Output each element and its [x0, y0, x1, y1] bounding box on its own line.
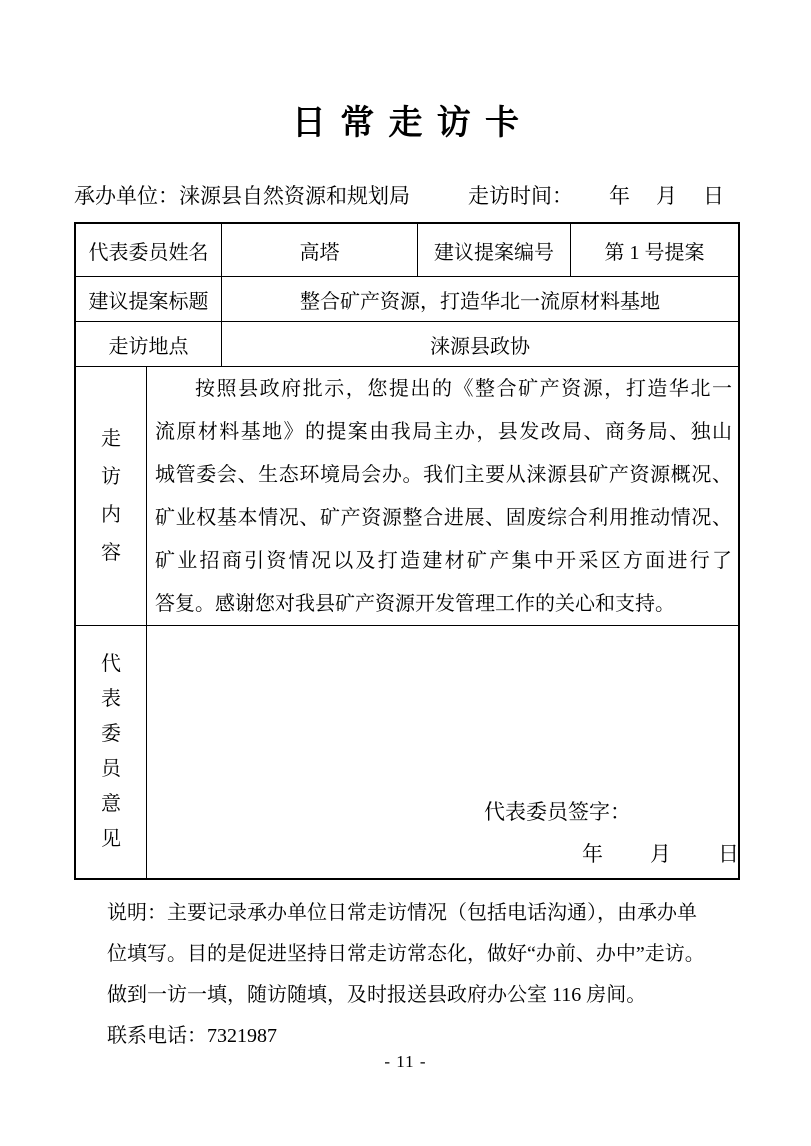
header-info-line: 承办单位：涞源县自然资源和规划局 走访时间： 年 月 日	[74, 183, 754, 209]
visit-card-table: 代表委员姓名 高塔 建议提案编号 第 1 号提案 建议提案标题 整合矿产资源，打…	[74, 222, 740, 880]
proposal-no-label: 建议提案编号	[417, 224, 570, 276]
rep-opinion-area: 代表委员签字： 年 月 日	[146, 626, 738, 878]
visit-time-year: 年	[609, 183, 630, 209]
text-line: 城管委会、生态环境局会办。我们主要从涞源县矿产资源概况、	[155, 454, 732, 497]
visit-content-label-text: 走访内容	[101, 420, 122, 572]
text-line: 答复。感谢您对我县矿产资源开发管理工作的关心和支持。	[155, 583, 732, 625]
signature-label: 代表委员签字：	[484, 796, 631, 826]
visit-time-month: 月	[656, 183, 677, 209]
text-line: 说明：主要记录承办单位日常走访情况（包括电话沟通），由承办单	[107, 893, 747, 934]
notes-block: 说明：主要记录承办单位日常走访情况（包括电话沟通），由承办单位填写。目的是促进坚…	[107, 893, 747, 1057]
table-row-visit-place: 走访地点 涞源县政协	[76, 321, 738, 366]
signature-date-line: 年 月 日	[147, 838, 738, 868]
page-title: 日常走访卡	[0, 95, 811, 144]
table-row-rep-name: 代表委员姓名 高塔 建议提案编号 第 1 号提案	[76, 224, 738, 276]
document-page: 日常走访卡 承办单位：涞源县自然资源和规划局 走访时间： 年 月 日 代表委员姓…	[0, 0, 811, 1146]
text-line: 联系电话：7321987	[107, 1016, 747, 1057]
page-number: - 11 -	[0, 1052, 811, 1072]
visit-place-value: 涞源县政协	[221, 322, 738, 366]
visit-content-label: 走访内容	[76, 367, 146, 625]
table-row-rep-opinion: 代表委员意见 代表委员签字： 年 月 日	[76, 625, 738, 878]
signature-year: 年	[582, 838, 603, 868]
text-line: 矿业权基本情况、矿产资源整合进展、固废综合利用推动情况、	[155, 497, 732, 540]
proposal-title-value: 整合矿产资源，打造华北一流原材料基地	[221, 277, 738, 321]
table-row-proposal-title: 建议提案标题 整合矿产资源，打造华北一流原材料基地	[76, 276, 738, 321]
visit-place-label: 走访地点	[76, 322, 221, 366]
text-line: 矿业招商引资情况以及打造建材矿产集中开采区方面进行了	[155, 540, 732, 583]
signature-month: 月	[650, 838, 671, 868]
signature-day: 日	[718, 838, 738, 868]
rep-opinion-label-text: 代表委员意见	[101, 647, 122, 857]
proposal-title-label: 建议提案标题	[76, 277, 221, 321]
proposal-no-value: 第 1 号提案	[570, 224, 738, 276]
visit-time-day: 日	[703, 183, 724, 209]
table-row-visit-content: 走访内容 按照县政府批示，您提出的《整合矿产资源，打造华北一流原材料基地》的提案…	[76, 366, 738, 625]
visit-content-text: 按照县政府批示，您提出的《整合矿产资源，打造华北一流原材料基地》的提案由我局主办…	[146, 367, 738, 625]
organizer-text: 承办单位：涞源县自然资源和规划局	[74, 183, 410, 209]
text-line: 流原材料基地》的提案由我局主办，县发改局、商务局、独山	[155, 411, 732, 454]
rep-name-value: 高塔	[221, 224, 417, 276]
text-line: 按照县政府批示，您提出的《整合矿产资源，打造华北一	[155, 368, 732, 411]
text-line: 位填写。目的是促进坚持日常走访常态化，做好“办前、办中”走访。	[107, 934, 747, 975]
text-line: 做到一访一填，随访随填，及时报送县政府办公室 116 房间。	[107, 975, 747, 1016]
visit-time-label: 走访时间：	[468, 183, 573, 209]
rep-name-label: 代表委员姓名	[76, 224, 221, 276]
rep-opinion-label: 代表委员意见	[76, 626, 146, 878]
